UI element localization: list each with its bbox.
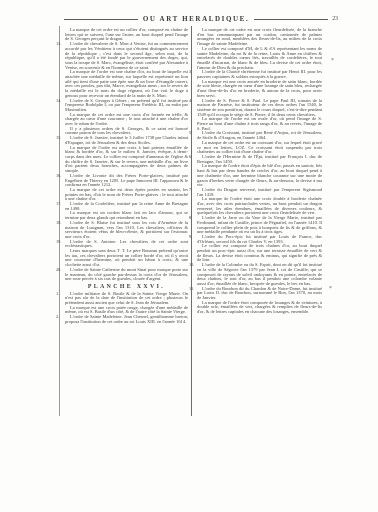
paragraph: La marque de cet ordre est une croix fle… — [197, 28, 322, 47]
margin-number: 19. — [56, 240, 61, 245]
header-rule-left — [64, 19, 138, 20]
margin-number: 6. — [189, 155, 192, 160]
paragraph: 11.L'ordre du Bourbon dit du Chardon & d… — [197, 287, 322, 301]
paragraph: 1.L'ordre militaire de S. Basile & de la… — [65, 292, 188, 306]
paragraph: 2.L'ordre de Sainte Madeleine. Jean Ches… — [65, 315, 188, 324]
paragraph: La marque de l'ordre étoit une croix dou… — [197, 197, 322, 216]
paragraph: La marque de cet ordre est une croix d'o… — [65, 113, 188, 127]
paragraph: 8.L'ordre de la Jarre ou du Vase de la V… — [197, 216, 322, 235]
margin-number: 4. — [189, 99, 192, 104]
margin-asterisk: * — [331, 58, 334, 64]
paragraph: La marque de l'ordre est une croix à hui… — [65, 146, 188, 174]
running-header: OU ART HERALDIQUE. 23 — [64, 15, 338, 23]
margin-number: 11. — [189, 287, 194, 292]
margin-number: 1. — [56, 292, 59, 297]
margin-number: 9. — [189, 235, 192, 240]
left-column: La marque de cet ordre est un collier d'… — [65, 28, 188, 325]
margin-number: 14. — [56, 99, 61, 104]
book-page: OU ART HERALDIQUE. 23 La marque de cet o… — [0, 0, 378, 512]
paragraph: 18.L'ordre de S. Blaise fut institué sou… — [65, 221, 188, 240]
paragraph: Leurs marques sont deux T. T. Le père Bo… — [65, 249, 188, 268]
right-column: La marque de cet ordre est une croix fle… — [197, 28, 322, 315]
column-divider-rule — [191, 26, 192, 416]
paragraph: Le collier est composé de trois chaînes … — [197, 244, 322, 263]
running-title: OU ART HERALDIQUE. — [138, 15, 254, 23]
margin-number: 3. — [189, 70, 192, 75]
planche-heading: PLANCHE XXVI. — [65, 285, 188, 290]
margin-asterisk: * — [329, 286, 332, 292]
paragraph: 16.L'ordre de Livonie dit des Frères Por… — [65, 174, 188, 188]
paragraph: 10.L'ordre de la Colombe ou du S. Esprit… — [197, 263, 322, 287]
margin-number: 7. — [189, 188, 192, 193]
paragraph: La marque de cet ordre est deux épées po… — [65, 188, 188, 202]
page-number: 23 — [332, 16, 338, 22]
paragraph: La marque de l'ordre étoit composée de l… — [197, 301, 322, 315]
paragraph: 20.L'ordre de Sainte Catherine du mont S… — [65, 268, 188, 282]
paragraph: 13.L'ordre de chevalerie de S. Marc à Ve… — [65, 42, 188, 70]
header-rule-right — [254, 19, 328, 20]
paragraph: La marque de cet ordre est un collier d'… — [65, 28, 188, 42]
paragraph: La marque de l'ordre est une chaîne d'or… — [65, 70, 188, 98]
paragraph: La marque de cet ordre est un croissant … — [197, 141, 322, 155]
margin-number: 8. — [189, 216, 192, 221]
margin-number: 20. — [56, 268, 61, 273]
paragraph: La marque est une croix ancrée en broder… — [197, 80, 322, 99]
paragraph: La marque de l'ordre étoit d'épis de blé… — [197, 164, 322, 188]
paragraph: 14.L'ordre de S. Georges à Gênes ; on pr… — [65, 99, 188, 113]
margin-number: 13. — [56, 42, 61, 47]
paragraph: 4.L'ordre de S. Pierre & S. Paul. Le pap… — [197, 99, 322, 118]
margin-number: 10. — [189, 263, 194, 268]
margin-number: 15. — [56, 136, 61, 141]
margin-number: 17. — [56, 202, 61, 207]
margin-number: 5. — [189, 131, 192, 136]
paragraph: Le collier est composé d'M, de L & d'A r… — [197, 47, 322, 71]
margin-number: 16. — [56, 174, 61, 179]
margin-number: 18. — [56, 221, 61, 226]
paragraph: La marque de l'ordre est un ovale d'or, … — [197, 117, 322, 131]
margin-number: 2. — [56, 315, 59, 320]
